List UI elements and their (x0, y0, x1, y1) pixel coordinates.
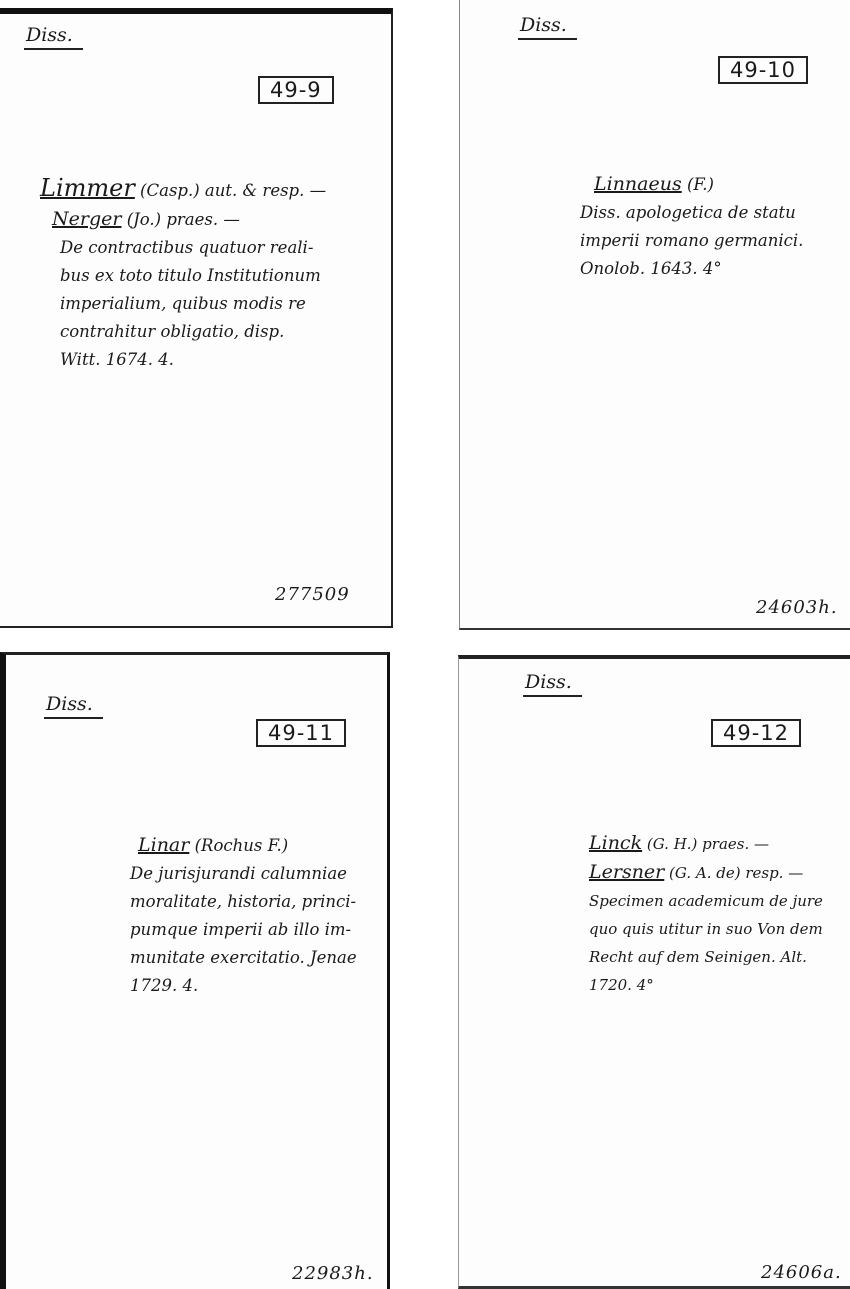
section-label: Diss. (523, 671, 582, 697)
card-body: Linar (Rochus F.) De jurisjurandi calumn… (130, 831, 357, 1000)
catalog-card-49-9: Diss. 49-9 Limmer (Casp.) aut. & resp. —… (0, 8, 393, 628)
entry-line: imperii romano germanici. (580, 227, 803, 255)
entry-line: moralitate, historia, princi- (130, 888, 357, 916)
entry-line: bus ex toto titulo Institutionum (40, 262, 326, 290)
entry-line: De contractibus quatuor reali- (40, 234, 326, 262)
accession-number: 24606a. (761, 1262, 842, 1283)
accession-number: 22983h. (292, 1263, 374, 1284)
section-label: Diss. (518, 14, 577, 40)
call-number: 49-11 (256, 719, 346, 747)
entry-line: Specimen academicum de jure (589, 887, 823, 915)
author-name: Nerger (52, 208, 121, 230)
entry-line: Onolob. 1643. 4° (580, 255, 803, 283)
entry-line: 1729. 4. (130, 972, 357, 1000)
line-text: (Jo.) praes. — (121, 210, 239, 229)
line-text: (G. A. de) resp. — (664, 864, 803, 882)
entry-line: Linck (G. H.) praes. — (589, 829, 823, 858)
author-name: Limmer (40, 174, 135, 202)
line-text: (Casp.) aut. & resp. — (135, 181, 326, 200)
author-name: Linar (138, 834, 189, 856)
line-text: (G. H.) praes. — (642, 835, 769, 853)
call-number: 49-9 (258, 76, 334, 104)
accession-number: 24603h. (756, 597, 838, 618)
catalog-card-49-12: Diss. 49-12 Linck (G. H.) praes. — Lersn… (458, 655, 850, 1289)
entry-line: Linnaeus (F.) (580, 170, 803, 199)
entry-line: pumque imperii ab illo im- (130, 916, 357, 944)
author-name: Lersner (589, 861, 664, 883)
entry-line: 1720. 4° (589, 971, 823, 999)
card-body: Limmer (Casp.) aut. & resp. — Nerger (Jo… (40, 174, 326, 374)
card-body: Linnaeus (F.) Diss. apologetica de statu… (580, 170, 803, 283)
section-label: Diss. (24, 24, 83, 50)
entry-line: contrahitur obligatio, disp. (40, 318, 326, 346)
entry-line: Nerger (Jo.) praes. — (40, 205, 326, 234)
author-name: Linnaeus (594, 173, 682, 195)
entry-line: Limmer (Casp.) aut. & resp. — (40, 174, 326, 205)
call-number: 49-10 (718, 56, 808, 84)
entry-line: De jurisjurandi calumniae (130, 860, 357, 888)
entry-line: quo quis utitur in suo Von dem (589, 915, 823, 943)
entry-line: munitate exercitatio. Jenae (130, 944, 357, 972)
catalog-card-49-11: Diss. 49-11 Linar (Rochus F.) De jurisju… (0, 652, 390, 1289)
line-text: (F.) (682, 175, 714, 194)
catalog-card-49-10: Diss. 49-10 Linnaeus (F.) Diss. apologet… (459, 0, 850, 630)
entry-line: Diss. apologetica de statu (580, 199, 803, 227)
author-name: Linck (589, 832, 642, 854)
entry-line: Linar (Rochus F.) (130, 831, 357, 860)
section-label: Diss. (44, 693, 103, 719)
entry-line: Recht auf dem Seinigen. Alt. (589, 943, 823, 971)
entry-line: imperialium, quibus modis re (40, 290, 326, 318)
accession-number: 277509 (275, 584, 350, 605)
line-text: (Rochus F.) (189, 836, 288, 855)
entry-line: Lersner (G. A. de) resp. — (589, 858, 823, 887)
entry-line: Witt. 1674. 4. (40, 346, 326, 374)
card-body: Linck (G. H.) praes. — Lersner (G. A. de… (589, 829, 823, 999)
call-number: 49-12 (711, 719, 801, 747)
